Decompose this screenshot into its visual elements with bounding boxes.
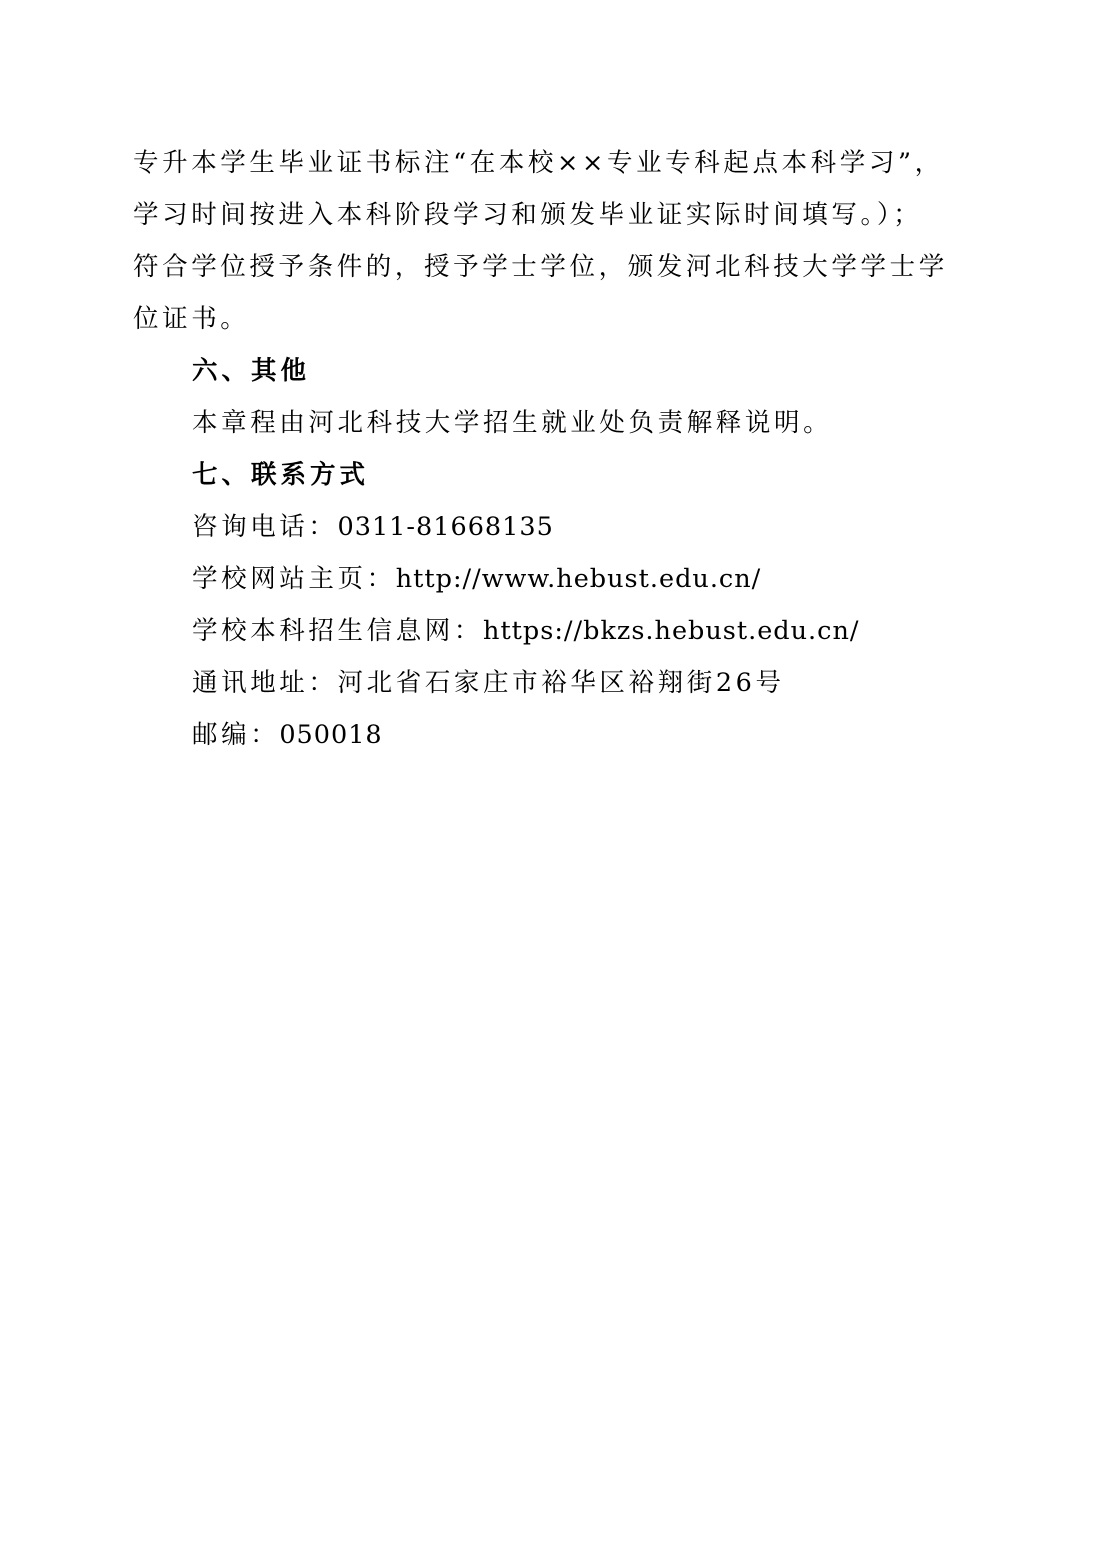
section-6-heading: 六、其他: [192, 345, 310, 397]
contact-admissions-site: 学校本科招生信息网：https://bkzs.hebust.edu.cn/: [192, 605, 859, 657]
section-7-heading: 七、联系方式: [192, 449, 369, 501]
contact-homepage-label: 学校网站主页：: [192, 564, 396, 594]
paragraph-line-1: 专升本学生毕业证书标注“在本校××专业专科起点本科学习”，: [133, 137, 944, 189]
document-page: 专升本学生毕业证书标注“在本校××专业专科起点本科学习”， 学习时间按进入本科阶…: [0, 0, 1102, 1559]
paragraph-line-4: 位证书。: [133, 293, 249, 345]
contact-postcode-value: 050018: [279, 720, 382, 750]
contact-address-label: 通讯地址：: [192, 668, 338, 698]
contact-phone-value: 0311-81668135: [338, 512, 554, 542]
contact-admissions-label: 学校本科招生信息网：: [192, 616, 483, 646]
contact-address: 通讯地址：河北省石家庄市裕华区裕翔街26号: [192, 657, 785, 709]
contact-postcode-label: 邮编：: [192, 720, 279, 750]
contact-phone-label: 咨询电话：: [192, 512, 338, 542]
paragraph-line-2: 学习时间按进入本科阶段学习和颁发毕业证实际时间填写。）；: [133, 189, 922, 241]
contact-homepage: 学校网站主页：http://www.hebust.edu.cn/: [192, 553, 761, 605]
paragraph-line-3: 符合学位授予条件的，授予学士学位，颁发河北科技大学学士学: [133, 241, 948, 293]
contact-address-value: 河北省石家庄市裕华区裕翔街26号: [338, 668, 785, 698]
contact-homepage-link[interactable]: http://www.hebust.edu.cn/: [396, 564, 762, 594]
contact-admissions-link[interactable]: https://bkzs.hebust.edu.cn/: [483, 616, 859, 646]
contact-phone: 咨询电话：0311-81668135: [192, 501, 554, 553]
contact-postcode: 邮编：050018: [192, 709, 383, 761]
section-6-body: 本章程由河北科技大学招生就业处负责解释说明。: [192, 397, 832, 449]
